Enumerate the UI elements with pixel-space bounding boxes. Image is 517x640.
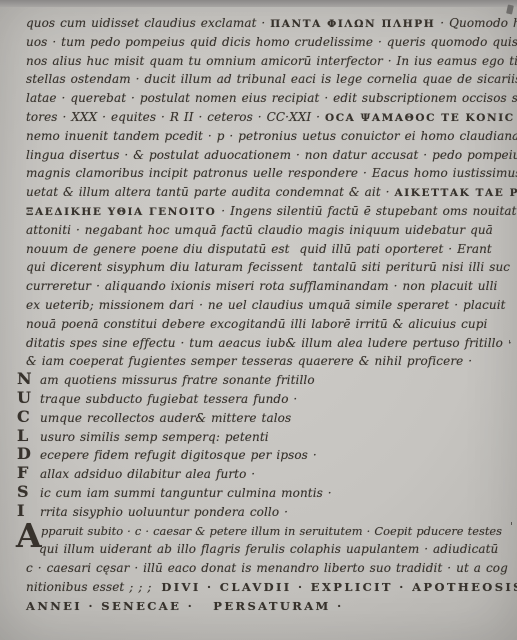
- latin-text: curreretur · aliquando ixionis miseri ro…: [26, 279, 497, 293]
- verse-initial: N: [17, 370, 40, 389]
- text-line: stellas ostendam · ducit illum ad tribun…: [26, 69, 509, 88]
- rubric-capitals: DIVI · CLAVDII · EXPLICIT · APOTHEOSIS ·: [161, 580, 517, 594]
- text-line: tores · XXX · equites · R II · ceteros ·…: [26, 107, 509, 126]
- text-line: curreretur · aliquando ixionis miseri ro…: [26, 276, 509, 295]
- text-line: Decepere fidem refugit digitosque per ip…: [17, 445, 509, 464]
- latin-text: tores · XXX · equites · R II · ceteros ·…: [26, 110, 325, 124]
- text-line: latae · querebat · postulat nomen eius r…: [26, 88, 509, 107]
- text-line: lingua disertus · & postulat aduocatione…: [26, 145, 509, 164]
- greek-text: ΑΙΚΕΤΤΑΚ ΤΑΕ ΡΕ: [394, 187, 517, 199]
- margin-mark: ': [510, 520, 513, 533]
- latin-text: qui dicerent sisyphum diu laturam feciss…: [26, 260, 510, 274]
- latin-text: c · caesari cęsar · illū eaco donat is m…: [26, 561, 508, 575]
- large-initial: A: [16, 519, 42, 552]
- text-line: uetat & illum altera tantū parte audita …: [26, 182, 509, 201]
- latin-text: ex ueterib; missionem dari · ne uel clau…: [26, 298, 506, 312]
- text-line: nouā poenā constitui debere excogitandū …: [26, 314, 509, 333]
- text-line: Nam quotiens missurus fratre sonante fri…: [17, 370, 509, 389]
- text-line: uos · tum pedo pompeius quid dicis homo …: [26, 32, 509, 51]
- text-line: Lusuro similis semp semperq: petenti: [17, 427, 509, 446]
- text-line: Irrita sisyphio uoluuntur pondera collo …: [17, 502, 509, 521]
- latin-text: uos · tum pedo pompeius quid dicis homo …: [26, 35, 517, 49]
- latin-text: ic cum iam summi tanguntur culmina monti…: [40, 486, 332, 500]
- latin-text: quos cum uidisset claudius exclamat ·: [26, 16, 270, 30]
- text-line: qui dicerent sisyphum diu laturam feciss…: [26, 257, 509, 276]
- text-line: nemo inuenit tandem pcedit · p · petroni…: [26, 126, 509, 145]
- margin-mark: ': [508, 338, 511, 351]
- latin-text: traque subducto fugiebat tessera fundo ·: [40, 392, 297, 406]
- latin-text: nos alius huc misit quam tu omnium amico…: [26, 54, 517, 68]
- latin-text: uetat & illum altera tantū parte audita …: [26, 185, 394, 199]
- text-line: Sic cum iam summi tanguntur culmina mont…: [17, 483, 509, 502]
- latin-text: magnis clamoribus incipit patronus uelle…: [26, 166, 517, 180]
- latin-text: & iam coeperat fugientes semper tesseras…: [26, 354, 472, 368]
- text-line: nouum de genere poene diu disputatū est …: [26, 239, 509, 258]
- latin-text: nouā poenā constitui debere excogitandū …: [26, 317, 487, 331]
- verse-initial: C: [17, 408, 40, 427]
- rubric-capitals: ANNEI · SENECAE · PERSATURAM ·: [26, 599, 343, 613]
- latin-text: nemo inuenit tandem pcedit · p · petroni…: [26, 129, 517, 143]
- latin-text: latae · querebat · postulat nomen eius r…: [26, 91, 517, 105]
- latin-text: allax adsiduo dilabitur alea furto ·: [40, 467, 255, 481]
- verse-initial: S: [17, 483, 40, 502]
- latin-text: ditatis spes sine effectu · tum aeacus i…: [26, 336, 512, 350]
- text-line: ex ueterib; missionem dari · ne uel clau…: [26, 295, 509, 314]
- latin-text: pparuit subito · c · caesar & petere ill…: [41, 524, 502, 538]
- latin-text: nouum de genere poene diu disputatū est …: [26, 242, 492, 256]
- latin-text: attoniti · negabant hoc umquā factū clau…: [26, 223, 493, 237]
- latin-text: nitionibus esset ; ; ;: [26, 580, 161, 594]
- latin-text: qui illum uiderant ab illo flagris ferul…: [39, 542, 498, 556]
- latin-text: am quotiens missurus fratre sonante frit…: [40, 373, 315, 387]
- verse-initial: D: [17, 445, 40, 464]
- latin-text: usuro similis semp semperq: petenti: [40, 430, 269, 444]
- greek-text: ΞΑΕΔΙΚΗΕ ΥΘΙΑ ΓΕΝΟΙΤΟ: [26, 206, 216, 218]
- text-line: ΞΑΕΔΙΚΗΕ ΥΘΙΑ ΓΕΝΟΙΤΟ · Ingens silentiū …: [26, 201, 509, 220]
- verse-initial: U: [17, 389, 40, 408]
- latin-text: · Quomodo huc uenistis: [435, 16, 517, 30]
- latin-text: rrita sisyphio uoluuntur pondera collo ·: [40, 505, 288, 519]
- manuscript-photo: quos cum uidisset claudius exclamat · ΠΑ…: [0, 0, 517, 640]
- verse-initial: L: [17, 427, 40, 446]
- text-line: attoniti · negabant hoc umquā factū clau…: [26, 220, 509, 239]
- greek-text: ΠΑΝΤΑ ΦΙΛΩΝ ΠΛΗΡΗ: [270, 18, 435, 30]
- text-line: c · caesari cęsar · illū eaco donat is m…: [26, 558, 509, 577]
- text-line: magnis clamoribus incipit patronus uelle…: [26, 163, 509, 182]
- text-line: & iam coeperat fugientes semper tesseras…: [26, 351, 509, 370]
- text-line: Utraque subducto fugiebat tessera fundo …: [17, 389, 509, 408]
- text-line: Apparuit subito · c · caesar & petere il…: [16, 521, 509, 540]
- text-line: Cumque recollectos auder& mittere talos: [17, 408, 509, 427]
- text-line: quos cum uidisset claudius exclamat · ΠΑ…: [26, 13, 509, 32]
- manuscript-text: quos cum uidisset claudius exclamat · ΠΑ…: [26, 13, 509, 615]
- latin-text: umque recollectos auder& mittere talos: [40, 411, 291, 425]
- latin-text: lingua disertus · & postulat aduocatione…: [26, 148, 517, 162]
- latin-text: stellas ostendam · ducit illum ad tribun…: [26, 72, 517, 86]
- text-line: Fallax adsiduo dilabitur alea furto ·: [17, 464, 509, 483]
- text-line: nitionibus esset ; ; ; DIVI · CLAVDII · …: [26, 577, 509, 596]
- greek-text: ΟCΑ ΨΑΜΑΘΟC ΤΕ ΚΟΝΙC ΤΕ: [325, 112, 517, 124]
- text-line: nos alius huc misit quam tu omnium amico…: [26, 51, 509, 70]
- text-line: ANNEI · SENECAE · PERSATURAM ·: [26, 596, 509, 615]
- verse-initial: F: [17, 464, 40, 483]
- text-line: ditatis spes sine effectu · tum aeacus i…: [26, 333, 509, 352]
- latin-text: ecepere fidem refugit digitosque per ips…: [40, 448, 317, 462]
- photo-edge-top: [0, 0, 517, 7]
- text-line: qui illum uiderant ab illo flagris ferul…: [26, 539, 509, 558]
- latin-text: · Ingens silentiū factū ē stupebant oms …: [216, 204, 517, 218]
